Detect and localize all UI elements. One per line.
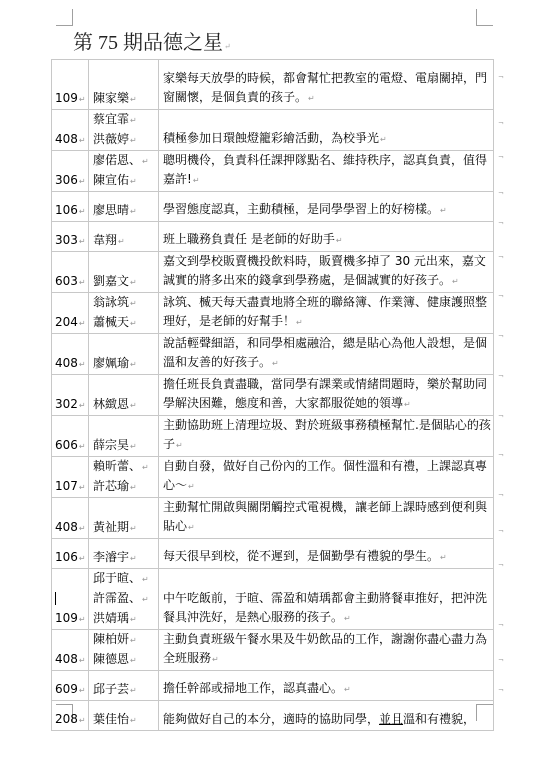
description-text: 每天很早到校，從不遲到，是個勤學有禮貌的學生。↵ <box>163 547 491 568</box>
description-cell[interactable]: 積極參加日環蝕燈籠彩繪活動，為校爭光↵ <box>159 110 494 151</box>
class-number: 109 <box>55 91 78 105</box>
description-fragment: 家樂每天放學的時候，都會幫忙把教室的電燈、電扇關掉，門窗關懷，是個負責的孩子。 <box>163 71 487 104</box>
student-name: 蔡宜霏↵ <box>93 110 156 130</box>
student-name: 廖偌恩、↵ <box>93 151 156 171</box>
description-text: 學習態度認真，主動積極，是同學學習上的好榜樣。↵ <box>163 200 491 221</box>
class-number: 109 <box>55 611 78 625</box>
paragraph-mark-icon: ↵ <box>130 716 137 725</box>
table-row[interactable]: 302↵林緻恩↵擔任班長負責盡職，當同學有課業或情緒問題時，樂於幫助同學解決困難… <box>52 375 494 416</box>
paragraph-mark-icon: ↵ <box>79 716 86 725</box>
description-cell[interactable]: 主動幫忙開啟與關閉觸控式電視機，讓老師上課時感到便利與貼心↵ <box>159 498 494 539</box>
class-number: 408 <box>55 520 78 534</box>
student-name: 葉佳怡↵ <box>93 710 156 730</box>
class-number: 303 <box>55 233 78 247</box>
row-end-mark-icon: ¬ <box>498 292 504 300</box>
student-name-text: 蔡宜霏 <box>93 112 129 126</box>
student-name-text: 翁詠筑 <box>93 295 129 309</box>
student-name: 陳家樂↵ <box>93 89 156 109</box>
student-name: 陳柏妍↵ <box>93 630 156 650</box>
table-row[interactable]: 408↵黃祉期↵主動幫忙開啟與關閉觸控式電視機，讓老師上課時感到便利與貼心↵ <box>52 498 494 539</box>
student-name: 翁詠筑↵ <box>93 293 156 313</box>
description-cell[interactable]: 主動協助班上清理垃圾、對於班級事務積極幫忙.是個貼心的孩子↵ <box>159 416 494 457</box>
row-end-mark-icon: ¬ <box>498 451 504 459</box>
paragraph-mark-icon: ↵ <box>130 299 137 308</box>
student-name-cell[interactable]: 翁詠筑↵蕭楲天↵ <box>89 293 159 334</box>
paragraph-mark-icon: ↵ <box>79 656 86 665</box>
student-name: 邱于暄、↵ <box>93 569 156 589</box>
student-name: 洪薇婷↵ <box>93 130 156 150</box>
description-text: 說話輕聲細語，和同學相處融洽，總是貼心為他人設想，是個溫和友善的好孩子。↵ <box>163 334 491 374</box>
class-number: 609 <box>55 682 78 696</box>
table-row[interactable]: 208↵葉佳怡↵能夠做好自己的本分，適時的協助同學，並且溫和有禮貌， <box>52 701 494 731</box>
table-row[interactable]: 606↵薛宗昊↵主動協助班上清理垃圾、對於班級事務積極幫忙.是個貼心的孩子↵ <box>52 416 494 457</box>
paragraph-mark-icon: ↵ <box>130 95 137 104</box>
row-end-mark-icon: ¬ <box>498 372 504 380</box>
paragraph-mark-icon: ↵ <box>130 136 137 145</box>
paragraph-mark-icon: ↵ <box>212 655 219 664</box>
student-name-text: 洪薇婷 <box>93 132 129 146</box>
student-name-cell[interactable]: 廖姵瑜↵ <box>89 334 159 375</box>
student-name-text: 葉佳怡 <box>93 712 129 726</box>
student-name-cell[interactable]: 蔡宜霏↵洪薇婷↵ <box>89 110 159 151</box>
paragraph-mark-icon: ↵ <box>296 318 303 327</box>
class-number-cell[interactable]: 408↵ <box>52 498 89 539</box>
description-cell[interactable]: 家樂每天放學的時候，都會幫忙把教室的電燈、電扇關掉，門窗關懷，是個負責的孩子。↵ <box>159 60 494 110</box>
class-number-cell[interactable]: 109↵ <box>52 569 89 630</box>
student-name-cell[interactable]: 邱子芸↵ <box>89 671 159 701</box>
class-number: 204 <box>55 315 78 329</box>
description-cell[interactable]: 嘉文到學校販賣機投飲料時，販賣機多掉了 30 元出來，嘉文誠實的將多出來的錢拿到… <box>159 252 494 293</box>
table-row[interactable]: 109↵邱于暄、↵許霈盈、↵洪婧瑀↵中午吃飯前，于暄、霈盈和婧瑀都會主動將餐車推… <box>52 569 494 630</box>
class-number-cell[interactable]: 603↵ <box>52 252 89 293</box>
student-name: 許芯瑜↵ <box>93 477 156 497</box>
student-name: 林緻恩↵ <box>93 395 156 415</box>
class-number-cell[interactable]: 408↵ <box>52 110 89 151</box>
student-name-text: 林緻恩 <box>93 397 129 411</box>
description-fragment: 班上職務負責任 是老師的好助手 <box>163 232 335 246</box>
class-number-cell[interactable]: 106↵ <box>52 539 89 569</box>
paragraph-mark-icon: ↵ <box>188 482 195 491</box>
student-name-text: 韋翔 <box>93 233 117 247</box>
paragraph-mark-icon: ↵ <box>142 575 149 584</box>
paragraph-mark-icon: ↵ <box>130 656 137 665</box>
description-text: 擔任幹部或掃地工作，認真盡心。↵ <box>163 679 491 700</box>
student-name-cell[interactable]: 陳家樂↵ <box>89 60 159 110</box>
student-name-text: 陳柏妍 <box>93 632 129 646</box>
description-text: 詠筑、楲天每天盡責地將全班的聯絡簿、作業簿、健康護照整理好，是老師的好幫手！↵ <box>163 293 491 333</box>
class-number: 606 <box>55 438 78 452</box>
student-name-cell[interactable]: 薛宗昊↵ <box>89 416 159 457</box>
student-name-text: 賴昕蕾、 <box>93 459 141 473</box>
row-end-mark-icon: ¬ <box>498 253 504 261</box>
student-name-text: 陳德恩 <box>93 652 129 666</box>
class-number: 106 <box>55 550 78 564</box>
description-fragment: 主動協助班上清理垃圾、對於班級事務積極幫忙.是個貼心的孩子 <box>163 418 491 451</box>
student-name: 蕭楲天↵ <box>93 313 156 333</box>
paragraph-mark-icon: ↵ <box>130 483 137 492</box>
student-name-cell[interactable]: 林緻恩↵ <box>89 375 159 416</box>
paragraph-mark-icon: ↵ <box>118 237 125 246</box>
row-end-mark-icon: ¬ <box>498 153 504 161</box>
description-cell[interactable]: 主動負責班級午餐水果及牛奶飲品的工作，謝謝你盡心盡力為全班服務↵ <box>159 630 494 671</box>
student-name-cell[interactable]: 廖偌恩、↵陳宣佑↵ <box>89 151 159 192</box>
student-name-text: 陳家樂 <box>93 91 129 105</box>
table-row[interactable]: 306↵廖偌恩、↵陳宣佑↵聰明機伶，負責科任課押隊點名、維持秩序，認真負責，值得… <box>52 151 494 192</box>
student-name: 許霈盈、↵ <box>93 589 156 609</box>
paragraph-mark-icon: ↵ <box>79 237 86 246</box>
description-fragment: 說話輕聲細語，和同學相處融洽，總是貼心為他人設想，是個溫和友善的好孩子。 <box>163 336 487 369</box>
table-row[interactable]: 408↵蔡宜霏↵洪薇婷↵積極參加日環蝕燈籠彩繪活動，為校爭光↵ <box>52 110 494 151</box>
class-number: 208 <box>55 712 78 726</box>
paragraph-mark-icon: ↵ <box>308 94 315 103</box>
description-text: 聰明機伶，負責科任課押隊點名、維持秩序，認真負責，值得嘉許!↵ <box>163 151 491 191</box>
paragraph-mark-icon: ↵ <box>440 206 447 215</box>
class-number-cell[interactable]: 606↵ <box>52 416 89 457</box>
row-end-mark-icon: ¬ <box>498 412 504 420</box>
paragraph-mark-icon: ↵ <box>130 116 137 125</box>
paragraph-mark-icon: ↵ <box>224 42 231 51</box>
description-fragment: 聰明機伶，負責科任課押隊點名、維持秩序，認真負責，值得嘉許! <box>163 153 487 186</box>
description-text: 嘉文到學校販賣機投飲料時，販賣機多掉了 30 元出來，嘉文誠實的將多出來的錢拿到… <box>163 252 491 292</box>
table-body: 109↵陳家樂↵家樂每天放學的時候，都會幫忙把教室的電燈、電扇關掉，門窗關懷，是… <box>52 60 494 731</box>
row-end-mark-icon: ¬ <box>498 73 504 81</box>
description-text: 積極參加日環蝕燈籠彩繪活動，為校爭光↵ <box>163 129 491 150</box>
student-name: 陳德恩↵ <box>93 650 156 670</box>
class-number-cell[interactable]: 106↵ <box>52 192 89 222</box>
paragraph-mark-icon: ↵ <box>79 319 86 328</box>
text-cursor <box>55 592 56 605</box>
class-number-cell[interactable]: 204↵ <box>52 293 89 334</box>
table-row[interactable]: 303↵韋翔↵班上職務負責任 是老師的好助手↵ <box>52 222 494 252</box>
paragraph-mark-icon: ↵ <box>79 442 86 451</box>
class-number-cell[interactable]: 408↵ <box>52 630 89 671</box>
student-name: 陳宣佑↵ <box>93 171 156 191</box>
student-name-cell[interactable]: 賴昕蕾、↵許芯瑜↵ <box>89 457 159 498</box>
student-name: 洪婧瑀↵ <box>93 609 156 629</box>
student-name-text: 劉嘉文 <box>93 274 129 288</box>
description-cell[interactable]: 說話輕聲細語，和同學相處融洽，總是貼心為他人設想，是個溫和友善的好孩子。↵ <box>159 334 494 375</box>
student-name-text: 廖思晴 <box>93 203 129 217</box>
paragraph-mark-icon: ↵ <box>193 176 200 185</box>
description-cell[interactable]: 學習態度認真，主動積極，是同學學習上的好榜樣。↵ <box>159 192 494 222</box>
student-name-text: 許芯瑜 <box>93 479 129 493</box>
row-end-mark-icon: ¬ <box>498 332 504 340</box>
class-number: 302 <box>55 397 78 411</box>
row-end-mark-icon: ¬ <box>498 189 504 197</box>
class-number: 408 <box>55 132 78 146</box>
description-fragment: 學習態度認真，主動積極，是同學學習上的好榜樣。 <box>163 202 439 216</box>
title-text: 第 75 期品德之星 <box>73 32 223 54</box>
spellcheck-underlined-word: 並且 <box>379 712 403 726</box>
student-name-text: 邱于暄、 <box>93 571 141 585</box>
class-number-cell[interactable]: 107↵ <box>52 457 89 498</box>
class-number-cell[interactable]: 609↵ <box>52 671 89 701</box>
table-row[interactable]: 106↵廖思晴↵學習態度認真，主動積極，是同學學習上的好榜樣。↵ <box>52 192 494 222</box>
paragraph-mark-icon: ↵ <box>188 523 195 532</box>
description-fragment: 擔任班長負責盡職，當同學有課業或情緒問題時，樂於幫助同學解決困難，態度和善，大家… <box>163 377 487 410</box>
row-end-mark-icon: ¬ <box>498 686 504 694</box>
student-name-cell[interactable]: 黃祉期↵ <box>89 498 159 539</box>
row-end-mark-icon: ¬ <box>498 491 504 499</box>
class-number-cell[interactable]: 208↵ <box>52 701 89 731</box>
table-row[interactable]: 603↵劉嘉文↵嘉文到學校販賣機投飲料時，販賣機多掉了 30 元出來，嘉文誠實的… <box>52 252 494 293</box>
paragraph-mark-icon: ↵ <box>79 686 86 695</box>
paragraph-mark-icon: ↵ <box>79 136 86 145</box>
student-name-cell[interactable]: 廖思晴↵ <box>89 192 159 222</box>
paragraph-mark-icon: ↵ <box>79 615 86 624</box>
document-title[interactable]: 第 75 期品德之星↵ <box>73 30 231 60</box>
description-cell[interactable]: 擔任班長負責盡職，當同學有課業或情緒問題時，樂於幫助同學解決困難，態度和善，大家… <box>159 375 494 416</box>
paragraph-mark-icon: ↵ <box>79 95 86 104</box>
description-cell[interactable]: 中午吃飯前，于暄、霈盈和婧瑀都會主動將餐車推好，把沖洗餐具沖洗好，是熱心服務的孩… <box>159 569 494 630</box>
paragraph-mark-icon: ↵ <box>344 614 351 623</box>
description-cell[interactable]: 能夠做好自己的本分，適時的協助同學，並且溫和有禮貌， <box>159 701 494 731</box>
description-fragment: 自動自發，做好自己份內的工作。個性溫和有禮，上課認真專心～ <box>163 459 487 492</box>
paragraph-mark-icon: ↵ <box>130 615 137 624</box>
description-fragment: 主動幫忙開啟與關閉觸控式電視機，讓老師上課時感到便利與貼心 <box>163 500 487 533</box>
student-name-text: 邱子芸 <box>93 682 129 696</box>
class-number-cell[interactable]: 306↵ <box>52 151 89 192</box>
student-name-text: 薛宗昊 <box>93 438 129 452</box>
class-number-cell[interactable]: 109↵ <box>52 60 89 110</box>
student-name: 劉嘉文↵ <box>93 272 156 292</box>
description-text: 自動自發，做好自己份內的工作。個性溫和有禮，上課認真專心～↵ <box>163 457 491 497</box>
description-fragment: 嘉文到學校販賣機投飲料時，販賣機多掉了 30 元出來，嘉文誠實的將多出來的錢拿到… <box>163 254 486 287</box>
description-text: 主動協助班上清理垃圾、對於班級事務積極幫忙.是個貼心的孩子↵ <box>163 416 491 456</box>
student-name-text: 黃祉期 <box>93 520 129 534</box>
paragraph-mark-icon: ↵ <box>344 685 351 694</box>
description-text: 班上職務負責任 是老師的好助手↵ <box>163 230 491 251</box>
student-name: 廖姵瑜↵ <box>93 354 156 374</box>
paragraph-mark-icon: ↵ <box>142 595 149 604</box>
paragraph-mark-icon: ↵ <box>336 236 343 245</box>
student-name: 賴昕蕾、↵ <box>93 457 156 477</box>
paragraph-mark-icon: ↵ <box>130 636 137 645</box>
row-end-mark-icon: ¬ <box>498 656 504 664</box>
paragraph-mark-icon: ↵ <box>130 686 137 695</box>
description-text: 中午吃飯前，于暄、霈盈和婧瑀都會主動將餐車推好，把沖洗餐具沖洗好，是熱心服務的孩… <box>163 589 491 629</box>
paragraph-mark-icon: ↵ <box>404 400 411 409</box>
description-fragment: 每天很早到校，從不遲到，是個勤學有禮貌的學生。 <box>163 549 439 563</box>
paragraph-mark-icon: ↵ <box>176 441 183 450</box>
page-corner-mark-top-left <box>56 9 73 26</box>
student-name-text: 許霈盈、 <box>93 591 141 605</box>
class-number-cell[interactable]: 408↵ <box>52 334 89 375</box>
paragraph-mark-icon: ↵ <box>79 177 86 186</box>
student-name-text: 李濬宇 <box>93 550 129 564</box>
description-fragment: 溫和有禮貌， <box>403 712 475 726</box>
table-row[interactable]: 609↵邱子芸↵擔任幹部或掃地工作，認真盡心。↵ <box>52 671 494 701</box>
student-name-cell[interactable]: 邱于暄、↵許霈盈、↵洪婧瑀↵ <box>89 569 159 630</box>
row-end-mark-icon: ¬ <box>498 527 504 535</box>
paragraph-mark-icon: ↵ <box>440 553 447 562</box>
student-name-text: 蕭楲天 <box>93 315 129 329</box>
paragraph-mark-icon: ↵ <box>79 524 86 533</box>
row-end-mark-icon: ¬ <box>498 621 504 629</box>
paragraph-mark-icon: ↵ <box>79 207 86 216</box>
student-name-cell[interactable]: 李濬宇↵ <box>89 539 159 569</box>
student-name-cell[interactable]: 劉嘉文↵ <box>89 252 159 293</box>
student-name: 邱子芸↵ <box>93 680 156 700</box>
table-row[interactable]: 106↵李濬宇↵每天很早到校，從不遲到，是個勤學有禮貌的學生。↵ <box>52 539 494 569</box>
description-cell[interactable]: 擔任幹部或掃地工作，認真盡心。↵ <box>159 671 494 701</box>
description-fragment: 中午吃飯前，于暄、霈盈和婧瑀都會主動將餐車推好，把沖洗餐具沖洗好，是熱心服務的孩… <box>163 591 487 624</box>
paragraph-mark-icon: ↵ <box>79 483 86 492</box>
table-row[interactable]: 109↵陳家樂↵家樂每天放學的時候，都會幫忙把教室的電燈、電扇關掉，門窗關懷，是… <box>52 60 494 110</box>
row-end-mark-icon: ¬ <box>498 219 504 227</box>
student-name: 李濬宇↵ <box>93 548 156 568</box>
description-fragment: 擔任幹部或掃地工作，認真盡心。 <box>163 681 343 695</box>
paragraph-mark-icon: ↵ <box>130 207 137 216</box>
paragraph-mark-icon: ↵ <box>142 463 149 472</box>
paragraph-mark-icon: ↵ <box>130 360 137 369</box>
student-name-cell[interactable]: 葉佳怡↵ <box>89 701 159 731</box>
paragraph-mark-icon: ↵ <box>130 401 137 410</box>
student-name: 韋翔↵ <box>93 231 156 251</box>
paragraph-mark-icon: ↵ <box>130 554 137 563</box>
description-cell[interactable]: 每天很早到校，從不遲到，是個勤學有禮貌的學生。↵ <box>159 539 494 569</box>
description-cell[interactable]: 自動自發，做好自己份內的工作。個性溫和有禮，上課認真專心～↵ <box>159 457 494 498</box>
paragraph-mark-icon: ↵ <box>130 177 137 186</box>
row-end-mark-icon: ¬ <box>498 119 504 127</box>
class-number: 106 <box>55 203 78 217</box>
description-text: 能夠做好自己的本分，適時的協助同學，並且溫和有禮貌， <box>163 710 491 730</box>
row-end-mark-icon: ¬ <box>498 561 504 569</box>
description-cell[interactable]: 班上職務負責任 是老師的好助手↵ <box>159 222 494 252</box>
student-name-text: 廖姵瑜 <box>93 356 129 370</box>
table-row[interactable]: 408↵廖姵瑜↵說話輕聲細語，和同學相處融洽，總是貼心為他人設想，是個溫和友善的… <box>52 334 494 375</box>
description-text: 家樂每天放學的時候，都會幫忙把教室的電燈、電扇關掉，門窗關懷，是個負責的孩子。↵ <box>163 69 491 109</box>
paragraph-mark-icon: ↵ <box>130 278 137 287</box>
paragraph-mark-icon: ↵ <box>272 359 279 368</box>
honor-roll-table[interactable]: 109↵陳家樂↵家樂每天放學的時候，都會幫忙把教室的電燈、電扇關掉，門窗關懷，是… <box>51 59 494 731</box>
table-row[interactable]: 204↵翁詠筑↵蕭楲天↵詠筑、楲天每天盡責地將全班的聯絡簿、作業簿、健康護照整理… <box>52 293 494 334</box>
description-fragment: 能夠做好自己的本分，適時的協助同學， <box>163 712 379 726</box>
student-name: 黃祉期↵ <box>93 518 156 538</box>
paragraph-mark-icon: ↵ <box>79 554 86 563</box>
description-fragment: 詠筑、楲天每天盡責地將全班的聯絡簿、作業簿、健康護照整理好，是老師的好幫手！ <box>163 295 487 328</box>
class-number-cell[interactable]: 302↵ <box>52 375 89 416</box>
table-row[interactable]: 107↵賴昕蕾、↵許芯瑜↵自動自發，做好自己份內的工作。個性溫和有禮，上課認真專… <box>52 457 494 498</box>
class-number: 107 <box>55 479 78 493</box>
class-number-cell[interactable]: 303↵ <box>52 222 89 252</box>
description-text: 主動負責班級午餐水果及牛奶飲品的工作，謝謝你盡心盡力為全班服務↵ <box>163 630 491 670</box>
student-name-cell[interactable]: 陳柏妍↵陳德恩↵ <box>89 630 159 671</box>
paragraph-mark-icon: ↵ <box>130 524 137 533</box>
paragraph-mark-icon: ↵ <box>452 277 459 286</box>
paragraph-mark-icon: ↵ <box>130 319 137 328</box>
class-number: 603 <box>55 274 78 288</box>
paragraph-mark-icon: ↵ <box>79 360 86 369</box>
class-number: 408 <box>55 652 78 666</box>
description-fragment: 積極參加日環蝕燈籠彩繪活動，為校爭光 <box>163 131 379 145</box>
student-name-text: 陳宣佑 <box>93 173 129 187</box>
table-row[interactable]: 408↵陳柏妍↵陳德恩↵主動負責班級午餐水果及牛奶飲品的工作，謝謝你盡心盡力為全… <box>52 630 494 671</box>
class-number: 306 <box>55 173 78 187</box>
page-corner-mark-top-right <box>476 9 493 26</box>
student-name-text: 洪婧瑀 <box>93 611 129 625</box>
student-name-text: 廖偌恩、 <box>93 153 141 167</box>
paragraph-mark-icon: ↵ <box>380 135 387 144</box>
student-name-cell[interactable]: 韋翔↵ <box>89 222 159 252</box>
description-cell[interactable]: 詠筑、楲天每天盡責地將全班的聯絡簿、作業簿、健康護照整理好，是老師的好幫手！↵ <box>159 293 494 334</box>
student-name: 薛宗昊↵ <box>93 436 156 456</box>
paragraph-mark-icon: ↵ <box>130 442 137 451</box>
description-text: 擔任班長負責盡職，當同學有課業或情緒問題時，樂於幫助同學解決困難，態度和善，大家… <box>163 375 491 415</box>
paragraph-mark-icon: ↵ <box>142 157 149 166</box>
class-number: 408 <box>55 356 78 370</box>
student-name: 廖思晴↵ <box>93 201 156 221</box>
description-cell[interactable]: 聰明機伶，負責科任課押隊點名、維持秩序，認真負責，值得嘉許!↵ <box>159 151 494 192</box>
description-text: 主動幫忙開啟與關閉觸控式電視機，讓老師上課時感到便利與貼心↵ <box>163 498 491 538</box>
paragraph-mark-icon: ↵ <box>79 278 86 287</box>
paragraph-mark-icon: ↵ <box>79 401 86 410</box>
